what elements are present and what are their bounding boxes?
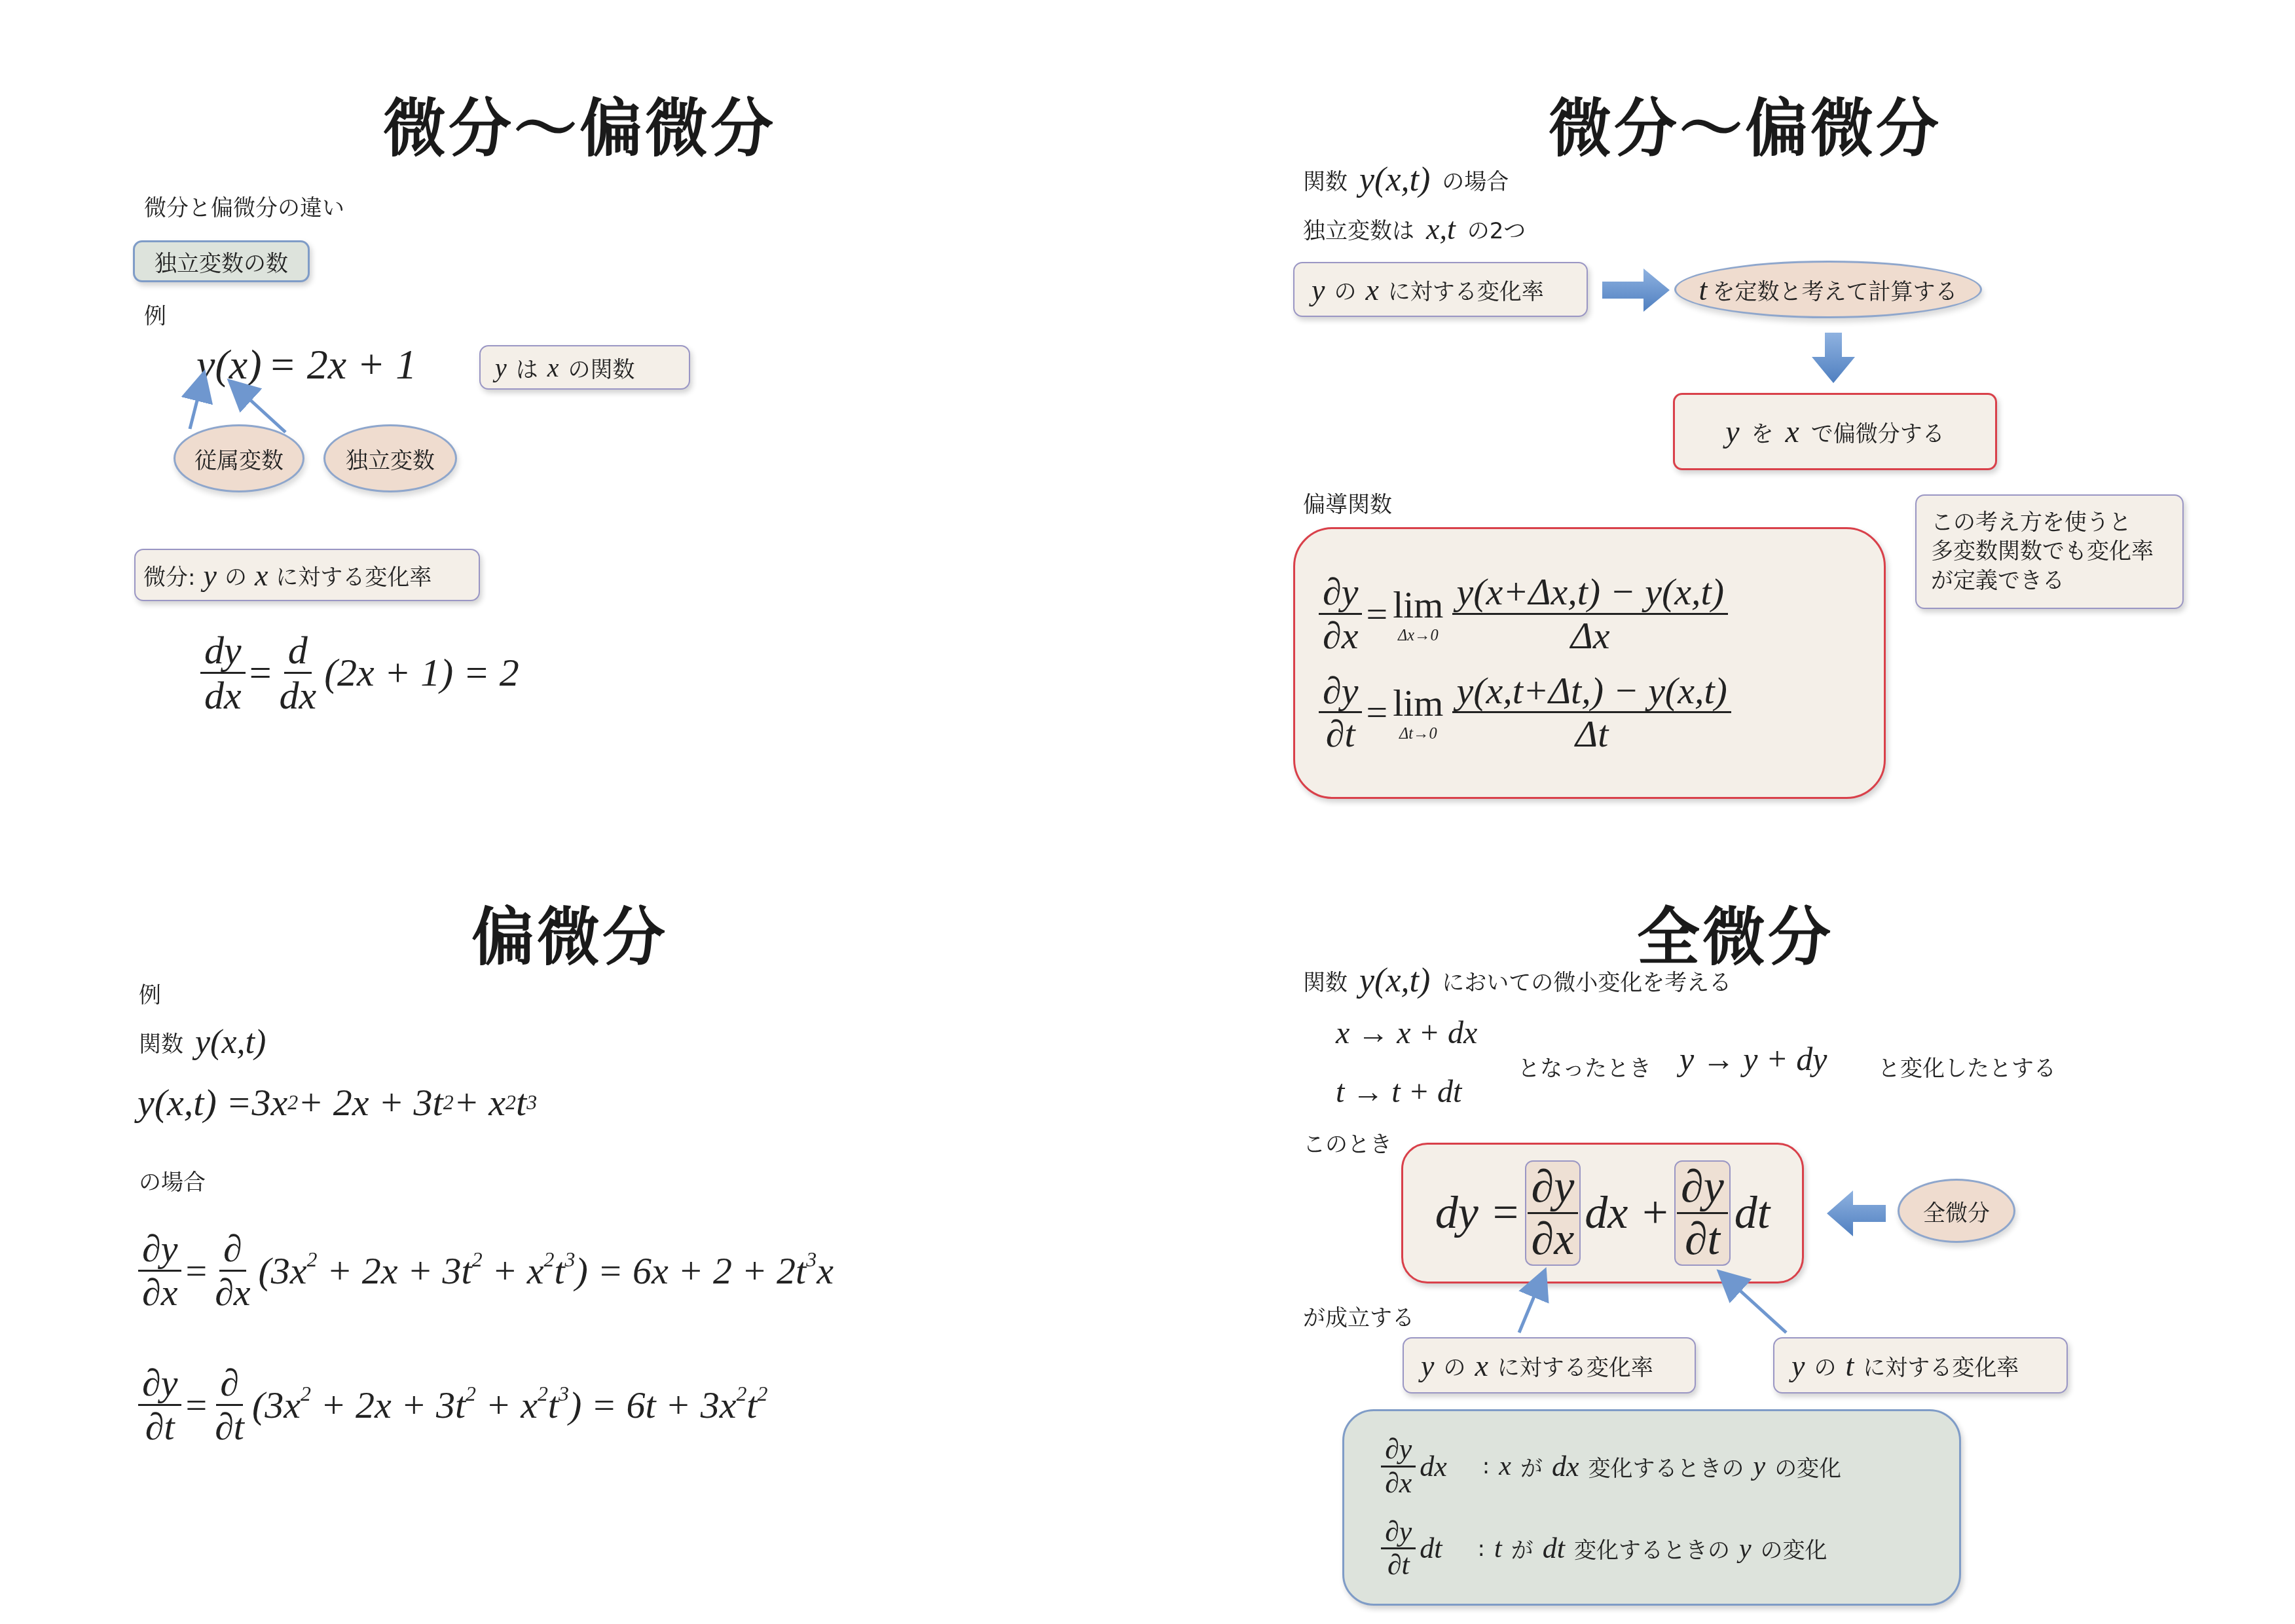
arrow-rate-t-icon — [1729, 1280, 1786, 1333]
arrow-rate-x-icon — [1519, 1282, 1540, 1333]
block-arrow-right-icon — [1602, 268, 1670, 312]
arrow-independent-icon — [239, 390, 285, 432]
block-arrow-left-icon — [1827, 1190, 1886, 1236]
arrows-overlay — [0, 0, 2295, 1624]
arrow-dependent-icon — [190, 385, 201, 429]
block-arrow-down-icon — [1812, 333, 1855, 383]
